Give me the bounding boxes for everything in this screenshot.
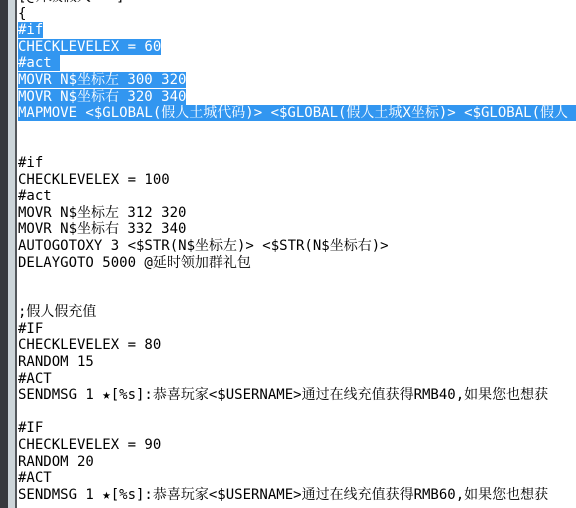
code-line[interactable]: CHECKLEVELEX = 100 (18, 172, 576, 189)
code-text: #if (18, 155, 43, 171)
code-line[interactable]: #ACT (18, 371, 576, 388)
code-text: DELAYGOTO 5000 @延时领加群礼包 (18, 255, 251, 271)
code-line[interactable] (18, 288, 576, 305)
code-text: { (18, 6, 26, 22)
window-edge-dark-strip (0, 0, 8, 508)
code-line[interactable]: CHECKLEVELEX = 80 (18, 337, 576, 354)
code-line[interactable] (18, 404, 576, 421)
code-line[interactable]: #if (18, 22, 576, 39)
window-frame-strip (8, 0, 15, 508)
code-text: #IF (18, 321, 43, 337)
code-text: #IF (18, 420, 43, 436)
code-text: CHECKLEVELEX = 90 (18, 437, 161, 453)
code-line[interactable]: #IF (18, 321, 576, 338)
selected-code-text: MAPMOVE <$GLOBAL(假人土城代码)> <$GLOBAL(假人土城X… (18, 105, 576, 121)
code-line[interactable]: MOVR N$坐标左 312 320 (18, 205, 576, 222)
code-text: SENDMSG 1 ★[%s]:恭喜玩家<$USERNAME>通过在线充值获得R… (18, 387, 548, 403)
code-line[interactable]: CHECKLEVELEX = 90 (18, 437, 576, 454)
code-text-block[interactable]: [@升级假人>*<]{#ifCHECKLEVELEX = 60#act MOVR… (17, 0, 576, 503)
code-line[interactable]: #if (18, 155, 576, 172)
code-line[interactable]: CHECKLEVELEX = 60 (18, 39, 576, 56)
selected-code-text: #if (18, 22, 43, 38)
code-text: #act (18, 188, 52, 204)
code-text: RANDOM 15 (18, 354, 94, 370)
code-line[interactable]: DELAYGOTO 5000 @延时领加群礼包 (18, 255, 576, 272)
code-line[interactable] (18, 271, 576, 288)
code-line[interactable]: RANDOM 20 (18, 454, 576, 471)
selected-code-text: MOVR N$坐标右 320 340 (18, 89, 186, 105)
code-line[interactable]: AUTOGOTOXY 3 <$STR(N$坐标左)> <$STR(N$坐标右)> (18, 238, 576, 255)
code-text: RANDOM 20 (18, 454, 94, 470)
code-line[interactable]: MAPMOVE <$GLOBAL(假人土城代码)> <$GLOBAL(假人土城X… (18, 105, 576, 122)
code-text: #ACT (18, 371, 52, 387)
code-text: MOVR N$坐标左 312 320 (18, 205, 186, 221)
selected-code-text: MOVR N$坐标左 300 320 (18, 72, 186, 88)
code-text: CHECKLEVELEX = 80 (18, 337, 161, 353)
code-line[interactable]: ;假人假充值 (18, 304, 576, 321)
code-line[interactable]: #ACT (18, 470, 576, 487)
code-text: SENDMSG 1 ★[%s]:恭喜玩家<$USERNAME>通过在线充值获得R… (18, 487, 548, 503)
code-line[interactable]: MOVR N$坐标右 320 340 (18, 89, 576, 106)
text-editor-area[interactable]: [@升级假人>*<]{#ifCHECKLEVELEX = 60#act MOVR… (17, 0, 576, 508)
code-line[interactable]: SENDMSG 1 ★[%s]:恭喜玩家<$USERNAME>通过在线充值获得R… (18, 387, 576, 404)
code-line[interactable]: #act (18, 188, 576, 205)
code-line[interactable]: #act (18, 55, 576, 72)
selected-code-text: CHECKLEVELEX = 60 (18, 39, 161, 55)
code-line[interactable]: { (18, 6, 576, 23)
code-line[interactable]: MOVR N$坐标左 300 320 (18, 72, 576, 89)
code-line[interactable]: SENDMSG 1 ★[%s]:恭喜玩家<$USERNAME>通过在线充值获得R… (18, 487, 576, 504)
code-text: ;假人假充值 (18, 304, 96, 320)
code-line[interactable]: MOVR N$坐标右 332 340 (18, 221, 576, 238)
editor-window: [@升级假人>*<]{#ifCHECKLEVELEX = 60#act MOVR… (0, 0, 576, 508)
code-text: CHECKLEVELEX = 100 (18, 172, 170, 188)
code-line[interactable]: RANDOM 15 (18, 354, 576, 371)
code-text: MOVR N$坐标右 332 340 (18, 221, 186, 237)
code-text: #ACT (18, 470, 52, 486)
selected-code-text: #act (18, 55, 60, 71)
code-line[interactable] (18, 138, 576, 155)
code-text: [@升级假人>*<] (18, 0, 125, 5)
code-line[interactable]: #IF (18, 420, 576, 437)
code-text: AUTOGOTOXY 3 <$STR(N$坐标左)> <$STR(N$坐标右)> (18, 238, 389, 254)
code-line[interactable] (18, 122, 576, 139)
